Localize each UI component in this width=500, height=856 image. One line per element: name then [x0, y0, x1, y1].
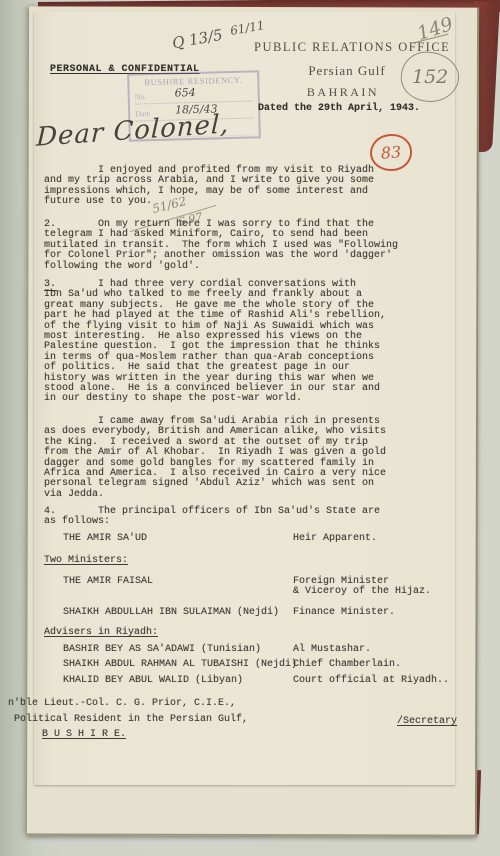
officer-role: Chief Chamberlain. [293, 660, 401, 670]
officer-role: Foreign Minister & Viceroy of the Hijaz. [293, 577, 431, 598]
addressee-line-3: B U S H I R E. [42, 730, 126, 740]
officer-name: SHAIKH ABDULLAH IBN SULAIMAN (Nejdi) [63, 608, 279, 618]
letterhead-region: Persian Gulf [254, 63, 430, 79]
paragraph-3-wrapper: 3. I had three very cordial conversation… [44, 280, 500, 405]
officer-role: Court official at Riyadh.. [293, 676, 449, 686]
stamp-number-row: No. 654 [135, 87, 253, 104]
addressee-line-2: Political Resident in the Persian Gulf, [14, 715, 248, 725]
paragraph-1: I enjoyed and profited from my visit to … [44, 166, 374, 208]
officer-role: Al Mustashar. [293, 645, 371, 655]
ministers-heading: Two Ministers: [44, 556, 128, 566]
officer-name: SHAIKH ABDUL RAHMAN AL TUBAISHI (Nejdi) [63, 660, 297, 670]
stamp-number-label: No. [135, 92, 147, 101]
officer-name: KHALID BEY ABUL WALID (Libyan) [63, 676, 243, 686]
letterhead-office: PUBLIC RELATIONS OFFICE [254, 40, 430, 55]
stamp-number-value: 654 [174, 86, 195, 100]
letterhead: PUBLIC RELATIONS OFFICE Persian Gulf BAH… [254, 40, 430, 100]
paragraph-4: I came away from Sa'udi Arabia rich in p… [44, 417, 386, 500]
letterhead-city: BAHRAIN [254, 85, 430, 100]
date-line: Dated the 29th April, 1943. [258, 104, 420, 114]
scanned-letter-page: Q 13/5 61/11 149 152 83 PERSONAL & CONFI… [0, 0, 500, 856]
officer-role: Heir Apparent. [293, 534, 377, 544]
paragraph-3: 3. I had three very cordial conversation… [44, 280, 500, 405]
officer-role: Finance Minister. [293, 608, 395, 618]
officer-name: THE AMIR SA'UD [63, 534, 147, 544]
addressee-line-1: n'ble Lieut.-Col. C. G. Prior, C.I.E., [8, 699, 236, 709]
officer-name: THE AMIR FAISAL [63, 577, 153, 587]
paragraph-5: 4. The principal officers of Ibn Sa'ud's… [44, 507, 380, 528]
paragraph-3-number-underline [44, 290, 57, 291]
officer-name: BASHIR BEY AS SA'ADAWI (Tunisian) [63, 645, 261, 655]
secretary-note: /Secretary [397, 717, 457, 727]
advisers-heading: Advisers in Riyadh: [44, 628, 158, 638]
paragraph-2: 2. On my return here I was sorry to find… [44, 220, 398, 272]
red-folio-number: 83 [380, 142, 402, 162]
